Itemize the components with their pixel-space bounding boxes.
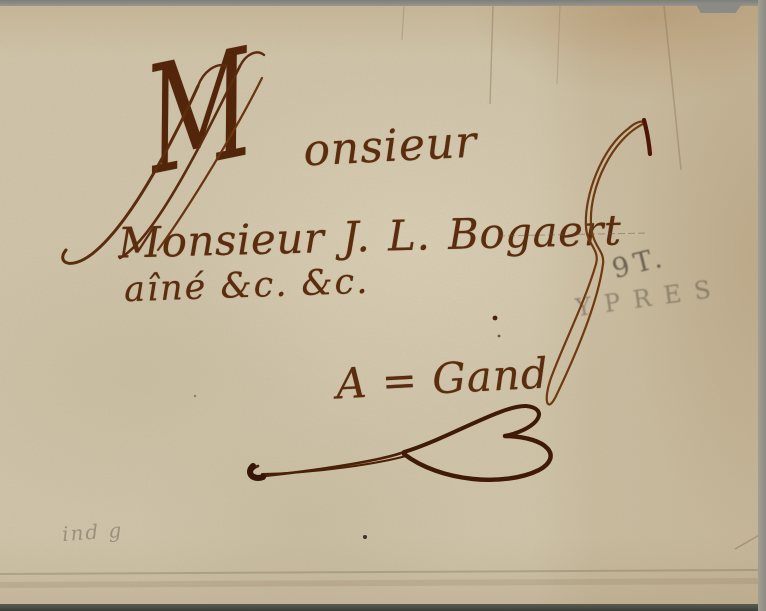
salutation-initial-letter: M — [138, 28, 261, 196]
paper-torn-notch — [696, 4, 742, 13]
pencil-note: ind g — [61, 518, 124, 546]
scan-edge-right — [758, 0, 766, 611]
letter-scan: Monsieur Monsieur J. L. Bogaert aîné &c.… — [0, 0, 766, 611]
scan-edge-top — [0, 0, 766, 6]
scan-edge-bottom — [0, 604, 766, 611]
address-salutation-line: Monsieur — [146, 32, 479, 197]
salutation-rest: onsieur — [302, 116, 478, 176]
address-suffix-line: aîné &c. &c. — [123, 262, 370, 311]
